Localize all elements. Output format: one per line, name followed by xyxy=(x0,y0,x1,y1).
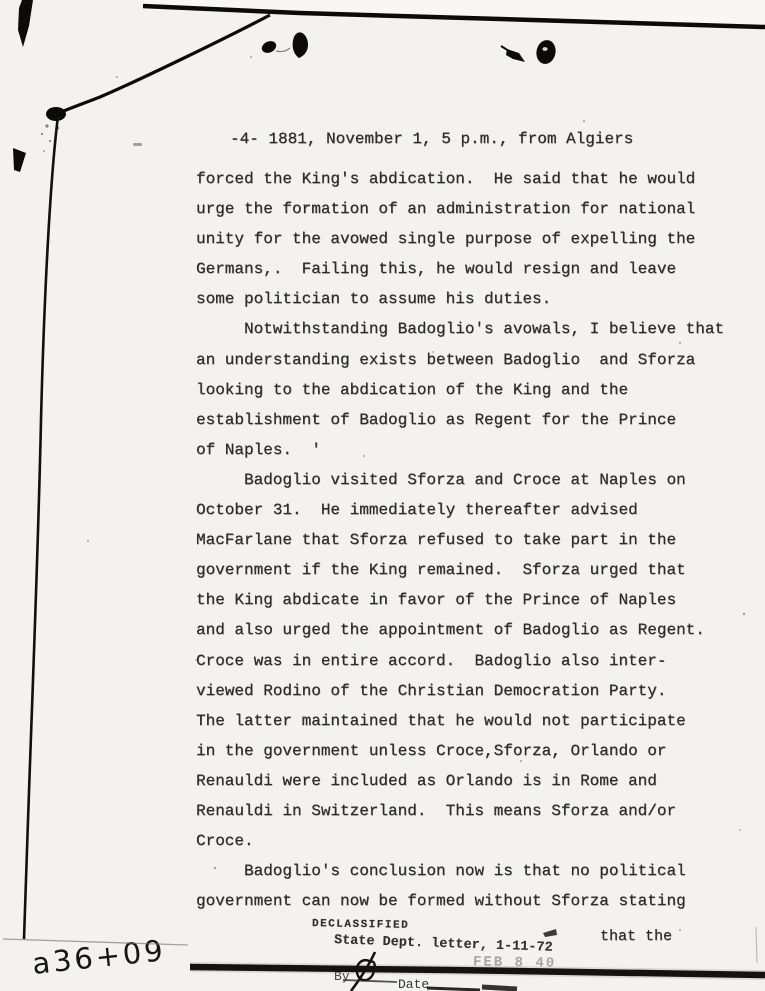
small-arrow-mark xyxy=(543,929,557,937)
typed-line: in the government unless Croce,Sforza, O… xyxy=(196,736,736,766)
typed-line: Badoglio visited Sforza and Croce at Nap… xyxy=(196,465,736,495)
typed-line: forced the King's abdication. He said th… xyxy=(196,164,736,194)
left-page-edge-line xyxy=(24,116,58,939)
typed-line: Badoglio's conclusion now is that no pol… xyxy=(196,856,736,886)
typed-line: Renauldi were included as Orlando is in … xyxy=(196,766,736,796)
typed-line: establishment of Badoglio as Regent for … xyxy=(196,405,736,435)
ink-blob-small-2 xyxy=(506,49,525,62)
ink-blob-teardrop-1 xyxy=(293,32,308,58)
typed-line: urge the formation of an administration … xyxy=(196,194,736,224)
typed-line: the King abdicate in favor of the Prince… xyxy=(196,585,736,615)
date-underline xyxy=(427,988,480,990)
typed-line: MacFarlane that Sforza refused to take p… xyxy=(196,525,736,555)
ink-blob-small-1 xyxy=(260,39,278,55)
crease-ink-blob xyxy=(46,107,66,121)
declassified-stamp-authority: State Dept. letter, 1-11-72 xyxy=(334,933,553,956)
continuation-fragment: that the xyxy=(600,928,672,945)
topleft-ink-bar xyxy=(18,0,33,47)
declassified-stamp-title: DECLASSIFIED xyxy=(312,918,409,932)
left-margin-flag-mark xyxy=(13,148,26,172)
typed-line: Notwithstanding Badoglio's avowals, I be… xyxy=(196,314,736,344)
typed-line: government if the King remained. Sforza … xyxy=(196,555,736,585)
typed-line: and also urged the appointment of Badogl… xyxy=(196,615,736,645)
backing-sheet-corner xyxy=(143,0,765,26)
declassified-stamp-date-label: Date xyxy=(398,977,429,991)
handwritten-archive-code: a36+09 xyxy=(31,933,168,981)
signature-mark xyxy=(351,952,375,991)
by-underline xyxy=(343,980,397,982)
typed-line: The latter maintained that he would not … xyxy=(196,706,736,736)
typed-line: viewed Rodino of the Christian Democrati… xyxy=(196,676,736,706)
typed-line: unity for the avowed single purpose of e… xyxy=(196,224,736,254)
typed-line: October 31. He immediately thereafter ad… xyxy=(196,495,736,525)
diagonal-crease-line xyxy=(59,15,270,113)
faint-date-stamp: FEB 8 40 xyxy=(473,954,556,971)
date-smudge xyxy=(482,987,517,989)
typed-line: Germans,. Failing this, he would resign … xyxy=(196,254,736,284)
right-edge-faint-line xyxy=(756,927,757,963)
scanned-document-page: FEB 8 40 -4- 1881, November 1, 5 p.m., f… xyxy=(0,0,765,991)
typed-line: government can now be formed without Sfo… xyxy=(196,886,736,916)
typed-line: of Naples. ' xyxy=(196,435,736,465)
top-fold-line xyxy=(143,6,765,27)
crease-speckles xyxy=(41,124,59,152)
ink-blob-oval-2 xyxy=(534,38,558,65)
page-header: -4- 1881, November 1, 5 p.m., from Algie… xyxy=(230,130,633,148)
typed-line: Croce was in entire accord. Badoglio als… xyxy=(196,646,736,676)
typed-line: Renauldi in Switzerland. This means Sfor… xyxy=(196,796,736,826)
ink-blob-tail-1 xyxy=(276,48,290,52)
typed-line: looking to the abdication of the King an… xyxy=(196,375,736,405)
typed-line: an understanding exists between Badoglio… xyxy=(196,345,736,375)
typed-line: some politician to assume his duties. xyxy=(196,284,736,314)
ink-blob-tail-2 xyxy=(501,46,509,51)
declassified-stamp-by-label: By xyxy=(334,969,350,984)
ink-blob-oval-2-hole xyxy=(542,47,547,51)
typed-line: Croce. xyxy=(196,826,736,856)
document-body: forced the King's abdication. He said th… xyxy=(196,164,736,916)
